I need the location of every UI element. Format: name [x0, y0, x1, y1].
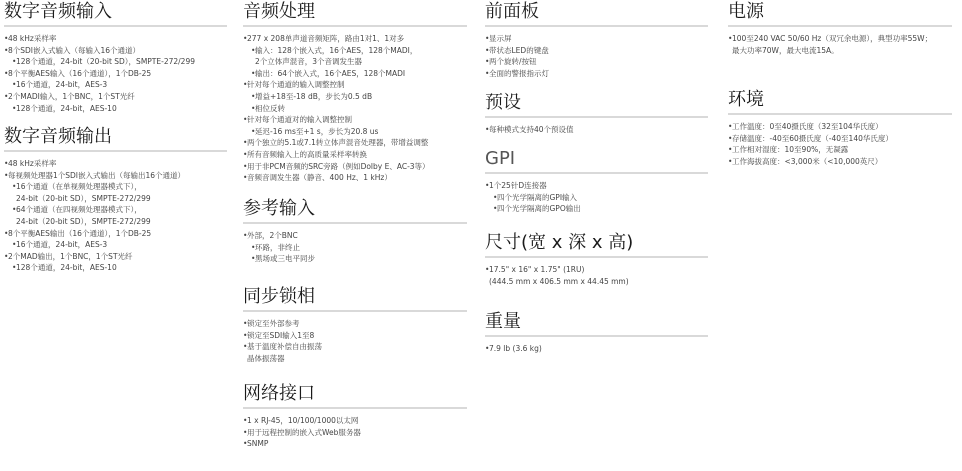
list-item: 针对每个通道对的输入调整控制 — [243, 114, 467, 126]
list-item: 128个通道，24-bit，AES-10 — [4, 103, 227, 115]
list-item: 用于非PCM音频的SRC旁路（例如Dolby E、AC-3等） — [243, 161, 467, 173]
list-item: 2个MADI输入，1个BNC，1个ST光纤 — [4, 91, 227, 103]
list-item: 17.5" x 16" x 1.75" (1RU) — [485, 264, 708, 276]
spec-list: 锁定至外部参考 锁定至SDI输入1至8 基于温度补偿自由振荡 晶体振荡器 — [243, 318, 467, 364]
section-network-interface: 网络接口 1 x RJ-45，10/100/1000以太网 用于远程控制的嵌入式… — [243, 383, 467, 450]
list-item: 2个MAD输出，1个BNC，1个ST光纤 — [4, 251, 227, 263]
section-heading: 重量 — [485, 311, 708, 337]
section-heading: 数字音频输入 — [4, 1, 227, 27]
list-item: 1 x RJ-45，10/100/1000以太网 — [243, 415, 467, 427]
list-item: 延迟-16 ms至+1 s，步长为20.8 us — [243, 126, 467, 138]
list-item: 48 kHz采样率 — [4, 158, 227, 170]
spec-list: 7.9 lb (3.6 kg) — [485, 343, 708, 355]
section-heading: 音频处理 — [243, 1, 467, 27]
list-item: 四个光学隔离的GPI输入 — [485, 192, 708, 204]
list-item: 16个通道，24-bit，AES-3 — [4, 239, 227, 251]
section-gpi: GPI 1个25针D连接器 四个光学隔离的GPI输入 四个光学隔离的GPO输出 — [485, 148, 708, 215]
section-presets: 预设 每种模式支持40个预设值 — [485, 92, 708, 136]
list-item: 存储温度：-40至60摄氏度（-40至140华氏度） — [728, 133, 952, 145]
list-item: 16个通道（在单视频处理器模式下）， — [4, 181, 227, 193]
list-item: 音频音调发生器（静音、400 Hz、1 kHz） — [243, 172, 467, 184]
list-item: 8个SDI嵌入式输入（每输入16个通道） — [4, 45, 227, 57]
list-item: 两个独立的5.1或7.1转立体声混音处理器，带增益调整 — [243, 137, 467, 149]
section-reference-input: 参考输入 外部，2个BNC 环路，非终止 黑场或三电平同步 — [243, 198, 467, 265]
section-front-panel: 前面板 显示屏 带状态LED的键盘 两个旋转/按钮 全面的警报指示灯 — [485, 1, 708, 79]
list-item: 24-bit（20-bit SD），SMPTE-272/299 — [4, 216, 227, 228]
section-heading: 环境 — [728, 89, 952, 115]
spec-list: 每种模式支持40个预设值 — [485, 124, 708, 136]
section-weight: 重量 7.9 lb (3.6 kg) — [485, 311, 708, 355]
spec-list: 277 x 208单声道音频矩阵，路由1对1、1对多 输入：128个嵌入式，16… — [243, 33, 467, 184]
list-item: 显示屏 — [485, 33, 708, 45]
list-item: 1个25针D连接器 — [485, 180, 708, 192]
list-item: 24-bit（20-bit SD），SMPTE-272/299 — [4, 193, 227, 205]
list-item: 每种模式支持40个预设值 — [485, 124, 708, 136]
list-item: 外部，2个BNC — [243, 230, 467, 242]
section-audio-processing: 音频处理 277 x 208单声道音频矩阵，路由1对1、1对多 输入：128个嵌… — [243, 1, 467, 184]
section-heading: 同步锁相 — [243, 286, 467, 312]
list-item: 最大功率70W，最大电流15A。 — [728, 45, 952, 57]
list-item: 8个平衡AES输出（16个通道），1个DB-25 — [4, 228, 227, 240]
section-environment: 环境 工作温度：0至40摄氏度（32至104华氏度） 存储温度：-40至60摄氏… — [728, 89, 952, 167]
list-item: 128个通道，24-bit（20-bit SD），SMPTE-272/299 — [4, 56, 227, 68]
list-item: 针对每个通道的输入调整控制 — [243, 79, 467, 91]
section-heading: 预设 — [485, 92, 708, 118]
list-item: 输出：64个嵌入式，16个AES，128个MADI — [243, 68, 467, 80]
section-heading: 网络接口 — [243, 383, 467, 409]
spec-list: 1 x RJ-45，10/100/1000以太网 用于远程控制的嵌入式Web服务… — [243, 415, 467, 450]
section-digital-audio-input: 数字音频输入 48 kHz采样率 8个SDI嵌入式输入（每输入16个通道） 12… — [4, 1, 227, 114]
list-item: 48 kHz采样率 — [4, 33, 227, 45]
spec-list: 1个25针D连接器 四个光学隔离的GPI输入 四个光学隔离的GPO输出 — [485, 180, 708, 215]
list-item: 锁定至SDI输入1至8 — [243, 330, 467, 342]
list-item: 2个立体声混音，3个音调发生器 — [243, 56, 467, 68]
list-item: 晶体振荡器 — [243, 353, 467, 365]
section-genlock: 同步锁相 锁定至外部参考 锁定至SDI输入1至8 基于温度补偿自由振荡 晶体振荡… — [243, 286, 467, 364]
list-item: 16个通道，24-bit，AES-3 — [4, 79, 227, 91]
list-item: 工作温度：0至40摄氏度（32至104华氏度） — [728, 121, 952, 133]
list-item: 8个平衡AES输入（16个通道），1个DB-25 — [4, 68, 227, 80]
list-item: 锁定至外部参考 — [243, 318, 467, 330]
list-item: 增益+18至-18 dB，步长为0.5 dB — [243, 91, 467, 103]
section-digital-audio-output: 数字音频输出 48 kHz采样率 每视频处理器1个SDI嵌入式输出（每输出16个… — [4, 126, 227, 274]
spec-list: 17.5" x 16" x 1.75" (1RU) (444.5 mm x 40… — [485, 264, 708, 287]
list-item: 每视频处理器1个SDI嵌入式输出（每输出16个通道） — [4, 170, 227, 182]
list-item: 所有音频输入上的高质量采样率转换 — [243, 149, 467, 161]
spec-list: 显示屏 带状态LED的键盘 两个旋转/按钮 全面的警报指示灯 — [485, 33, 708, 79]
list-item: 四个光学隔离的GPO输出 — [485, 203, 708, 215]
list-item: SNMP — [243, 438, 467, 450]
spec-list: 工作温度：0至40摄氏度（32至104华氏度） 存储温度：-40至60摄氏度（-… — [728, 121, 952, 167]
spec-list: 48 kHz采样率 每视频处理器1个SDI嵌入式输出（每输出16个通道） 16个… — [4, 158, 227, 274]
list-item: 工作海拔高度：<3,000米（<10,000英尺） — [728, 156, 952, 168]
spec-list: 100至240 VAC 50/60 Hz（双冗余电源），典型功率55W； 最大功… — [728, 33, 952, 56]
section-heading: GPI — [485, 148, 708, 174]
list-item: 全面的警报指示灯 — [485, 68, 708, 80]
list-item: 两个旋转/按钮 — [485, 56, 708, 68]
section-heading: 数字音频输出 — [4, 126, 227, 152]
list-item: 相位反转 — [243, 103, 467, 115]
section-heading: 参考输入 — [243, 198, 467, 224]
list-item: 用于远程控制的嵌入式Web服务器 — [243, 427, 467, 439]
list-item: 100至240 VAC 50/60 Hz（双冗余电源），典型功率55W； — [728, 33, 952, 45]
list-item: 黑场或三电平同步 — [243, 253, 467, 265]
list-item: 输入：128个嵌入式，16个AES，128个MADI， — [243, 45, 467, 57]
spec-list: 48 kHz采样率 8个SDI嵌入式输入（每输入16个通道） 128个通道，24… — [4, 33, 227, 114]
list-item: 基于温度补偿自由振荡 — [243, 341, 467, 353]
list-item: 带状态LED的键盘 — [485, 45, 708, 57]
spec-list: 外部，2个BNC 环路，非终止 黑场或三电平同步 — [243, 230, 467, 265]
list-item: (444.5 mm x 406.5 mm x 44.45 mm) — [485, 276, 708, 288]
section-heading: 前面板 — [485, 1, 708, 27]
list-item: 128个通道，24-bit，AES-10 — [4, 262, 227, 274]
list-item: 64个通道（在四视频处理器模式下）， — [4, 204, 227, 216]
list-item: 7.9 lb (3.6 kg) — [485, 343, 708, 355]
list-item: 277 x 208单声道音频矩阵，路由1对1、1对多 — [243, 33, 467, 45]
section-heading: 尺寸(宽 x 深 x 高) — [485, 232, 708, 258]
list-item: 工作相对湿度：10至90%，无凝露 — [728, 144, 952, 156]
section-dimensions: 尺寸(宽 x 深 x 高) 17.5" x 16" x 1.75" (1RU) … — [485, 232, 708, 287]
list-item: 环路，非终止 — [243, 242, 467, 254]
section-power: 电源 100至240 VAC 50/60 Hz（双冗余电源），典型功率55W； … — [728, 1, 952, 56]
section-heading: 电源 — [728, 1, 952, 27]
